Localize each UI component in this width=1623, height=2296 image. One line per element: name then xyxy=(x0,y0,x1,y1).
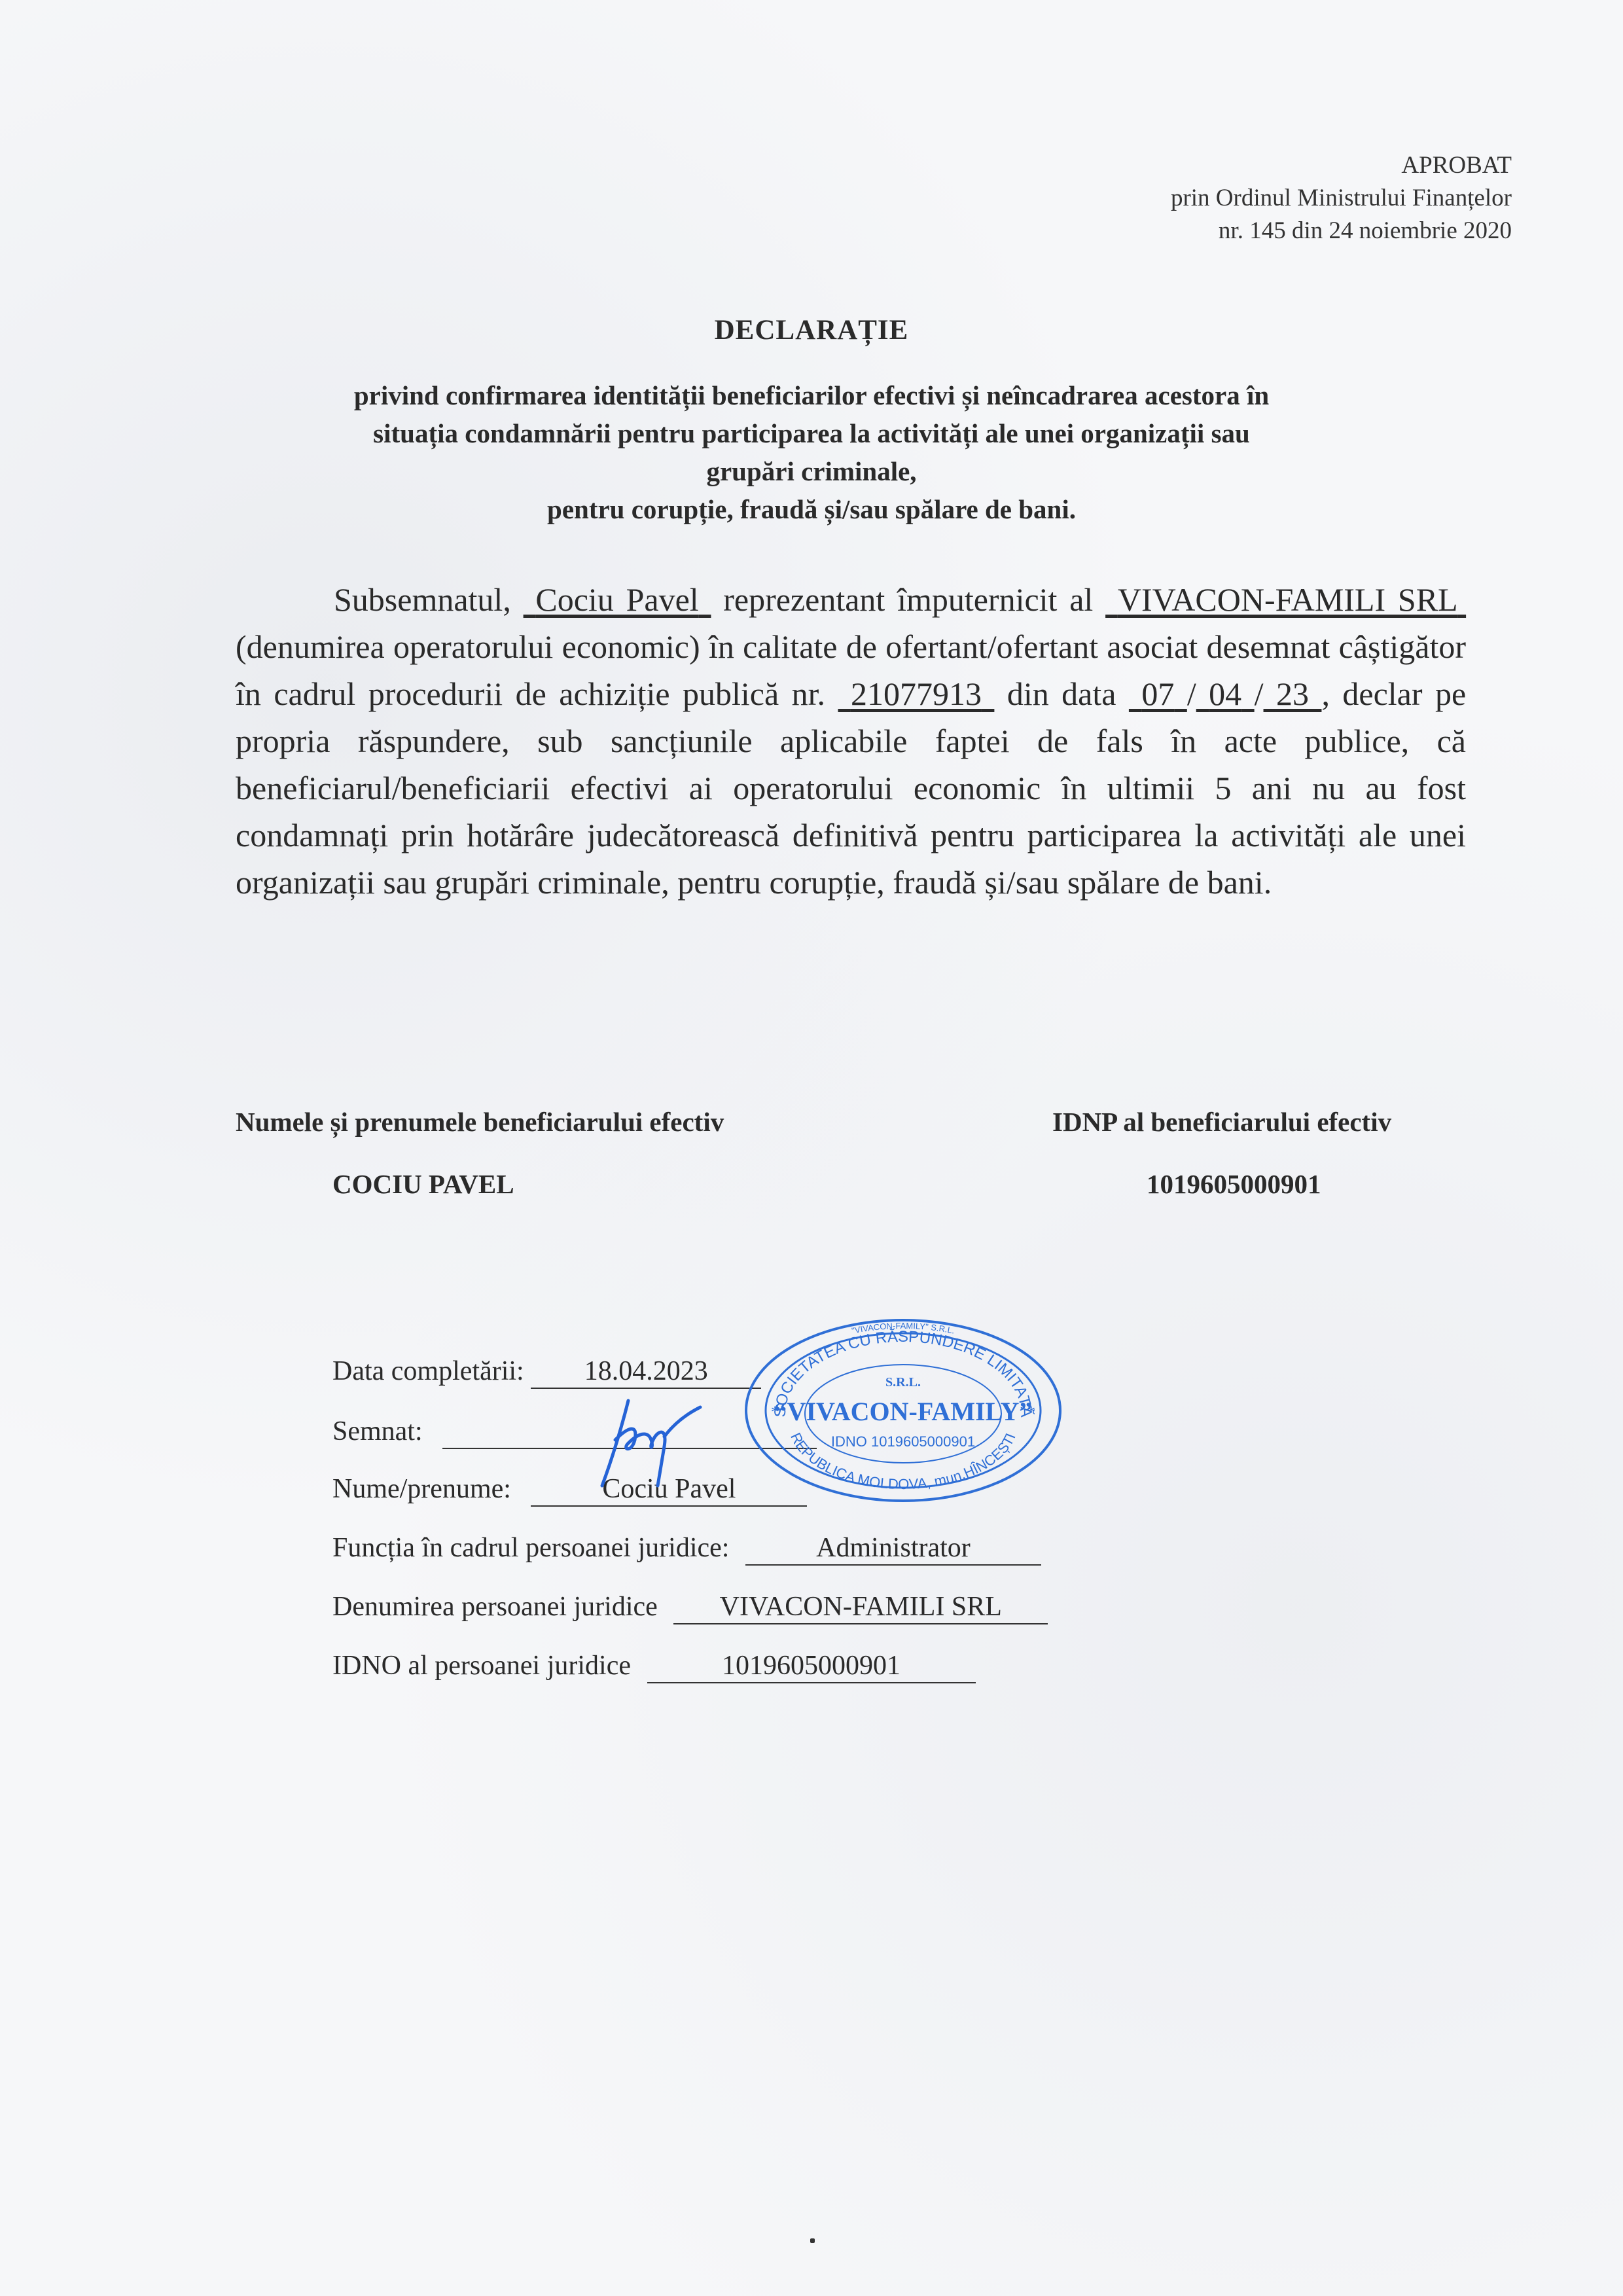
body-text-4: din data xyxy=(1007,675,1116,712)
date-separator: / xyxy=(1255,675,1264,712)
approval-line-2: prin Ordinul Ministrului Finanțelor xyxy=(1171,182,1512,215)
subtitle-line-3: grupări criminale, xyxy=(288,452,1335,490)
entity-label: Denumirea persoanei juridice xyxy=(332,1591,658,1623)
approval-line-3: nr. 145 din 24 noiembrie 2020 xyxy=(1171,215,1512,247)
body-text-1: Subsemnatul, xyxy=(334,581,511,618)
scan-speck xyxy=(810,2238,815,2243)
function-label: Funcția în cadrul persoanei juridice: xyxy=(332,1532,729,1564)
idno-row: IDNO al persoanei juridice 1019605000901 xyxy=(332,1649,976,1683)
beneficiary-idnp-header: IDNP al beneficiarului efectiv xyxy=(1052,1106,1391,1138)
svg-text:IDNO 1019605000901: IDNO 1019605000901 xyxy=(831,1433,975,1450)
svg-text:S.R.L.: S.R.L. xyxy=(885,1375,921,1390)
beneficiary-idnp-value: 1019605000901 xyxy=(1147,1168,1321,1200)
body-text-2: reprezentant împuternicit al xyxy=(723,581,1093,618)
completion-date-label: Data completării: xyxy=(332,1355,524,1387)
approval-header: APROBAT prin Ordinul Ministrului Finanțe… xyxy=(1171,149,1512,247)
representative-name-field: Cociu Pavel xyxy=(524,581,711,618)
beneficiary-name-header: Numele și prenumele beneficiarului efect… xyxy=(236,1106,724,1138)
completion-date-row: Data completării: 18.04.2023 xyxy=(332,1355,761,1389)
idno-value: 1019605000901 xyxy=(647,1649,976,1683)
operator-name-field: VIVACON-FAMILI SRL xyxy=(1105,581,1466,618)
entity-row: Denumirea persoanei juridice VIVACON-FAM… xyxy=(332,1590,1048,1624)
beneficiary-name-value: COCIU PAVEL xyxy=(332,1168,514,1200)
subtitle-line-1: privind confirmarea identității benefici… xyxy=(288,376,1335,414)
idno-label: IDNO al persoanei juridice xyxy=(332,1650,631,1681)
signed-label: Semnat: xyxy=(332,1416,423,1447)
procedure-number-field: 21077913 xyxy=(838,675,994,712)
function-value: Administrator xyxy=(745,1532,1041,1566)
function-row: Funcția în cadrul persoanei juridice: Ad… xyxy=(332,1532,1041,1566)
date-separator: / xyxy=(1187,675,1196,712)
procedure-day-field: 07 xyxy=(1129,675,1187,712)
name-label: Nume/prenume: xyxy=(332,1473,511,1505)
document-subtitle: privind confirmarea identității benefici… xyxy=(288,376,1335,528)
handwritten-signature-icon xyxy=(576,1388,713,1492)
declaration-body: Subsemnatul, Cociu Pavel reprezentant îm… xyxy=(236,576,1466,906)
subtitle-line-4: pentru corupție, fraudă și/sau spălare d… xyxy=(288,490,1335,528)
company-stamp-icon: "VIVACON-FAMILY" S.R.L. SOCIETATEA CU RĂ… xyxy=(740,1316,1067,1505)
subtitle-line-2: situația condamnării pentru participarea… xyxy=(288,414,1335,452)
svg-text:*: * xyxy=(771,1404,779,1421)
approval-line-1: APROBAT xyxy=(1171,149,1512,182)
document-title: DECLARAȚIE xyxy=(0,314,1623,346)
document-page: APROBAT prin Ordinul Ministrului Finanțe… xyxy=(0,0,1623,2296)
name-row: Nume/prenume: Cociu Pavel xyxy=(332,1473,807,1507)
entity-value: VIVACON-FAMILI SRL xyxy=(673,1590,1048,1624)
procedure-month-field: 04 xyxy=(1196,675,1255,712)
svg-text:*: * xyxy=(1027,1404,1035,1421)
procedure-year-field: 23 xyxy=(1264,675,1322,712)
completion-date-value: 18.04.2023 xyxy=(531,1355,761,1389)
svg-text:“VIVACON-FAMILY”: “VIVACON-FAMILY” xyxy=(774,1397,1033,1426)
